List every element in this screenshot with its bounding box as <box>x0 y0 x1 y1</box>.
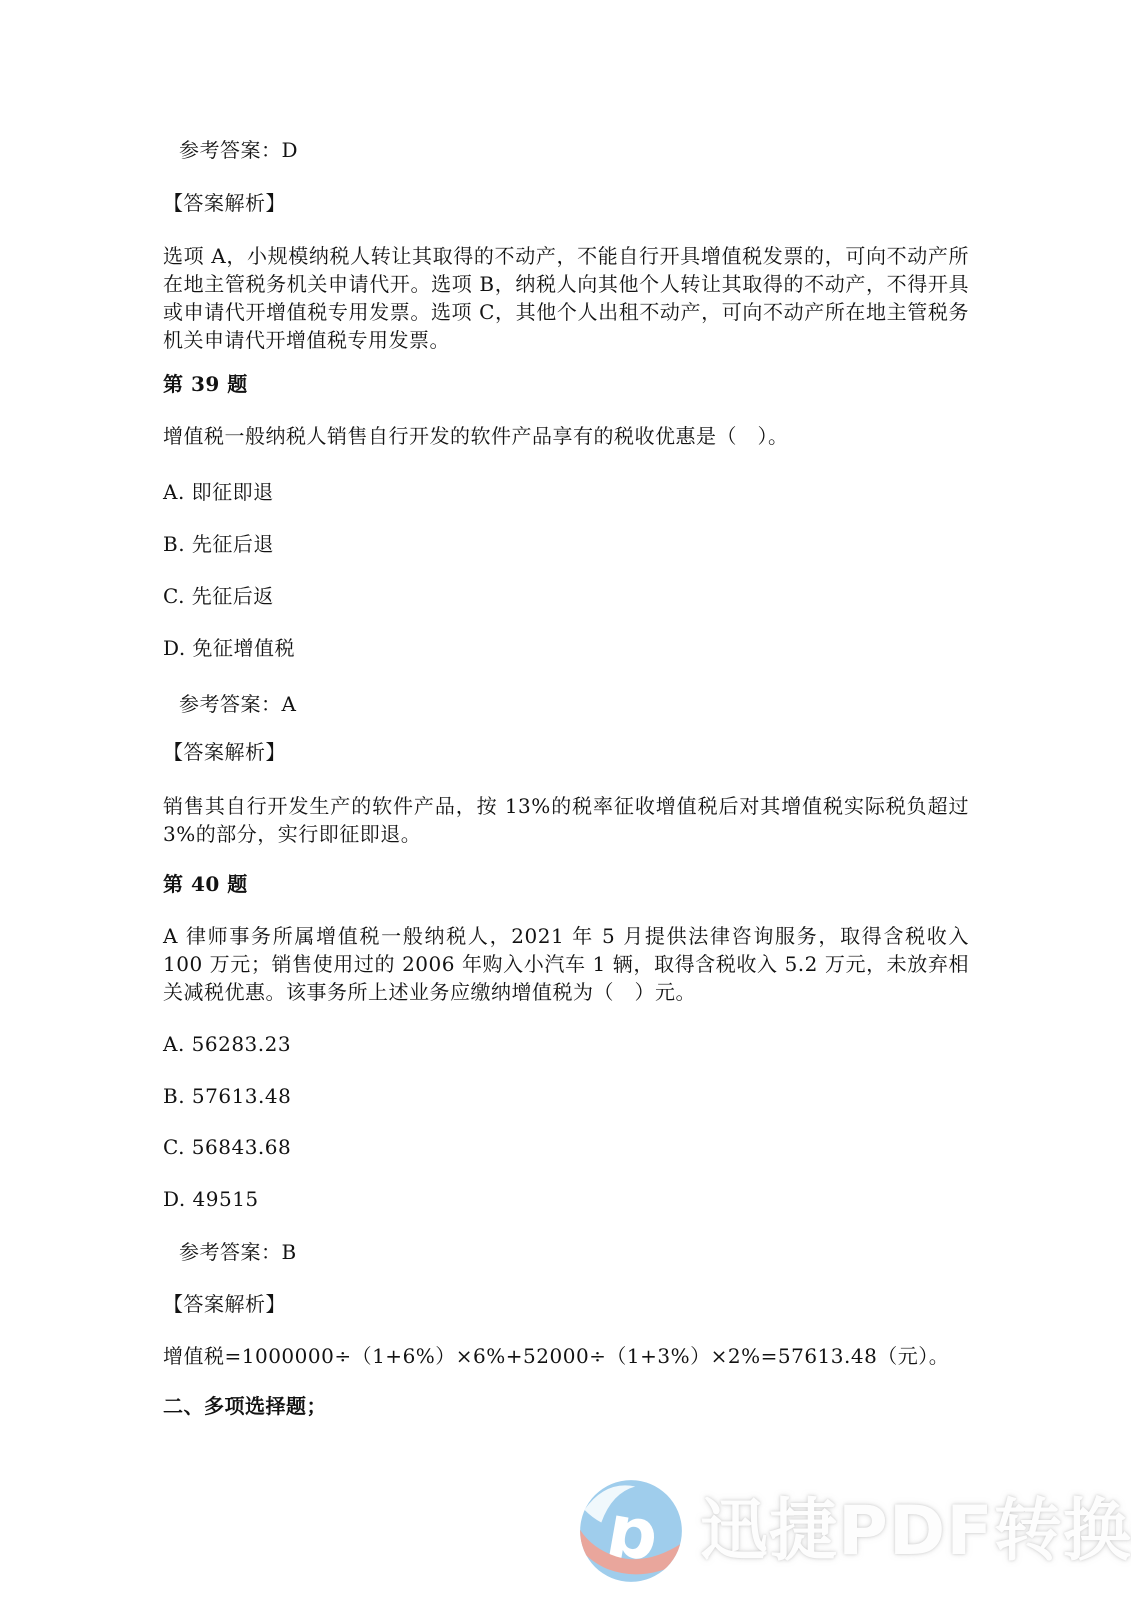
q40-title: 第 40 题 <box>163 870 969 898</box>
q40-analysis-formula: 增值税=1000000÷（1+6%）×6%+52000÷（1+3%）×2%=57… <box>163 1342 969 1370</box>
document-page: 参考答案：D 【答案解析】 选项 A，小规模纳税人转让其取得的不动产，不能自行开… <box>0 0 1131 1600</box>
q38-reference-answer: 参考答案：D <box>179 136 985 164</box>
q40-option-d: D. 49515 <box>163 1185 969 1213</box>
q39-reference-answer: 参考答案：A <box>179 690 985 718</box>
q38-analysis-body: 选项 A，小规模纳税人转让其取得的不动产，不能自行开具增值税发票的，可向不动产所… <box>163 242 969 354</box>
q40-stem: A 律师事务所属增值税一般纳税人，2021 年 5 月提供法律咨询服务，取得含税… <box>163 922 969 1006</box>
q39-stem: 增值税一般纳税人销售自行开发的软件产品享有的税收优惠是（ ）。 <box>163 422 969 450</box>
q39-analysis-title: 【答案解析】 <box>163 738 969 766</box>
q40-analysis-title: 【答案解析】 <box>163 1290 969 1318</box>
q39-option-d: D. 免征增值税 <box>163 634 969 662</box>
q39-option-a: A. 即征即退 <box>163 478 969 506</box>
q39-option-c: C. 先征后返 <box>163 582 969 610</box>
q40-option-a: A. 56283.23 <box>163 1030 969 1058</box>
q40-option-b: B. 57613.48 <box>163 1082 969 1110</box>
q39-option-b: B. 先征后退 <box>163 530 969 558</box>
q40-option-c: C. 56843.68 <box>163 1133 969 1161</box>
q38-analysis-title: 【答案解析】 <box>163 189 969 217</box>
section-heading-multiple-choice: 二、多项选择题； <box>163 1392 969 1420</box>
q39-title: 第 39 题 <box>163 370 969 398</box>
q40-reference-answer: 参考答案：B <box>179 1238 985 1266</box>
pdf-converter-logo-icon: p <box>578 1478 684 1584</box>
q39-analysis-body: 销售其自行开发生产的软件产品，按 13%的税率征收增值税后对其增值税实际税负超过… <box>163 792 969 848</box>
pdf-converter-watermark-text: 迅捷PDF转换器 <box>700 1494 1131 1570</box>
